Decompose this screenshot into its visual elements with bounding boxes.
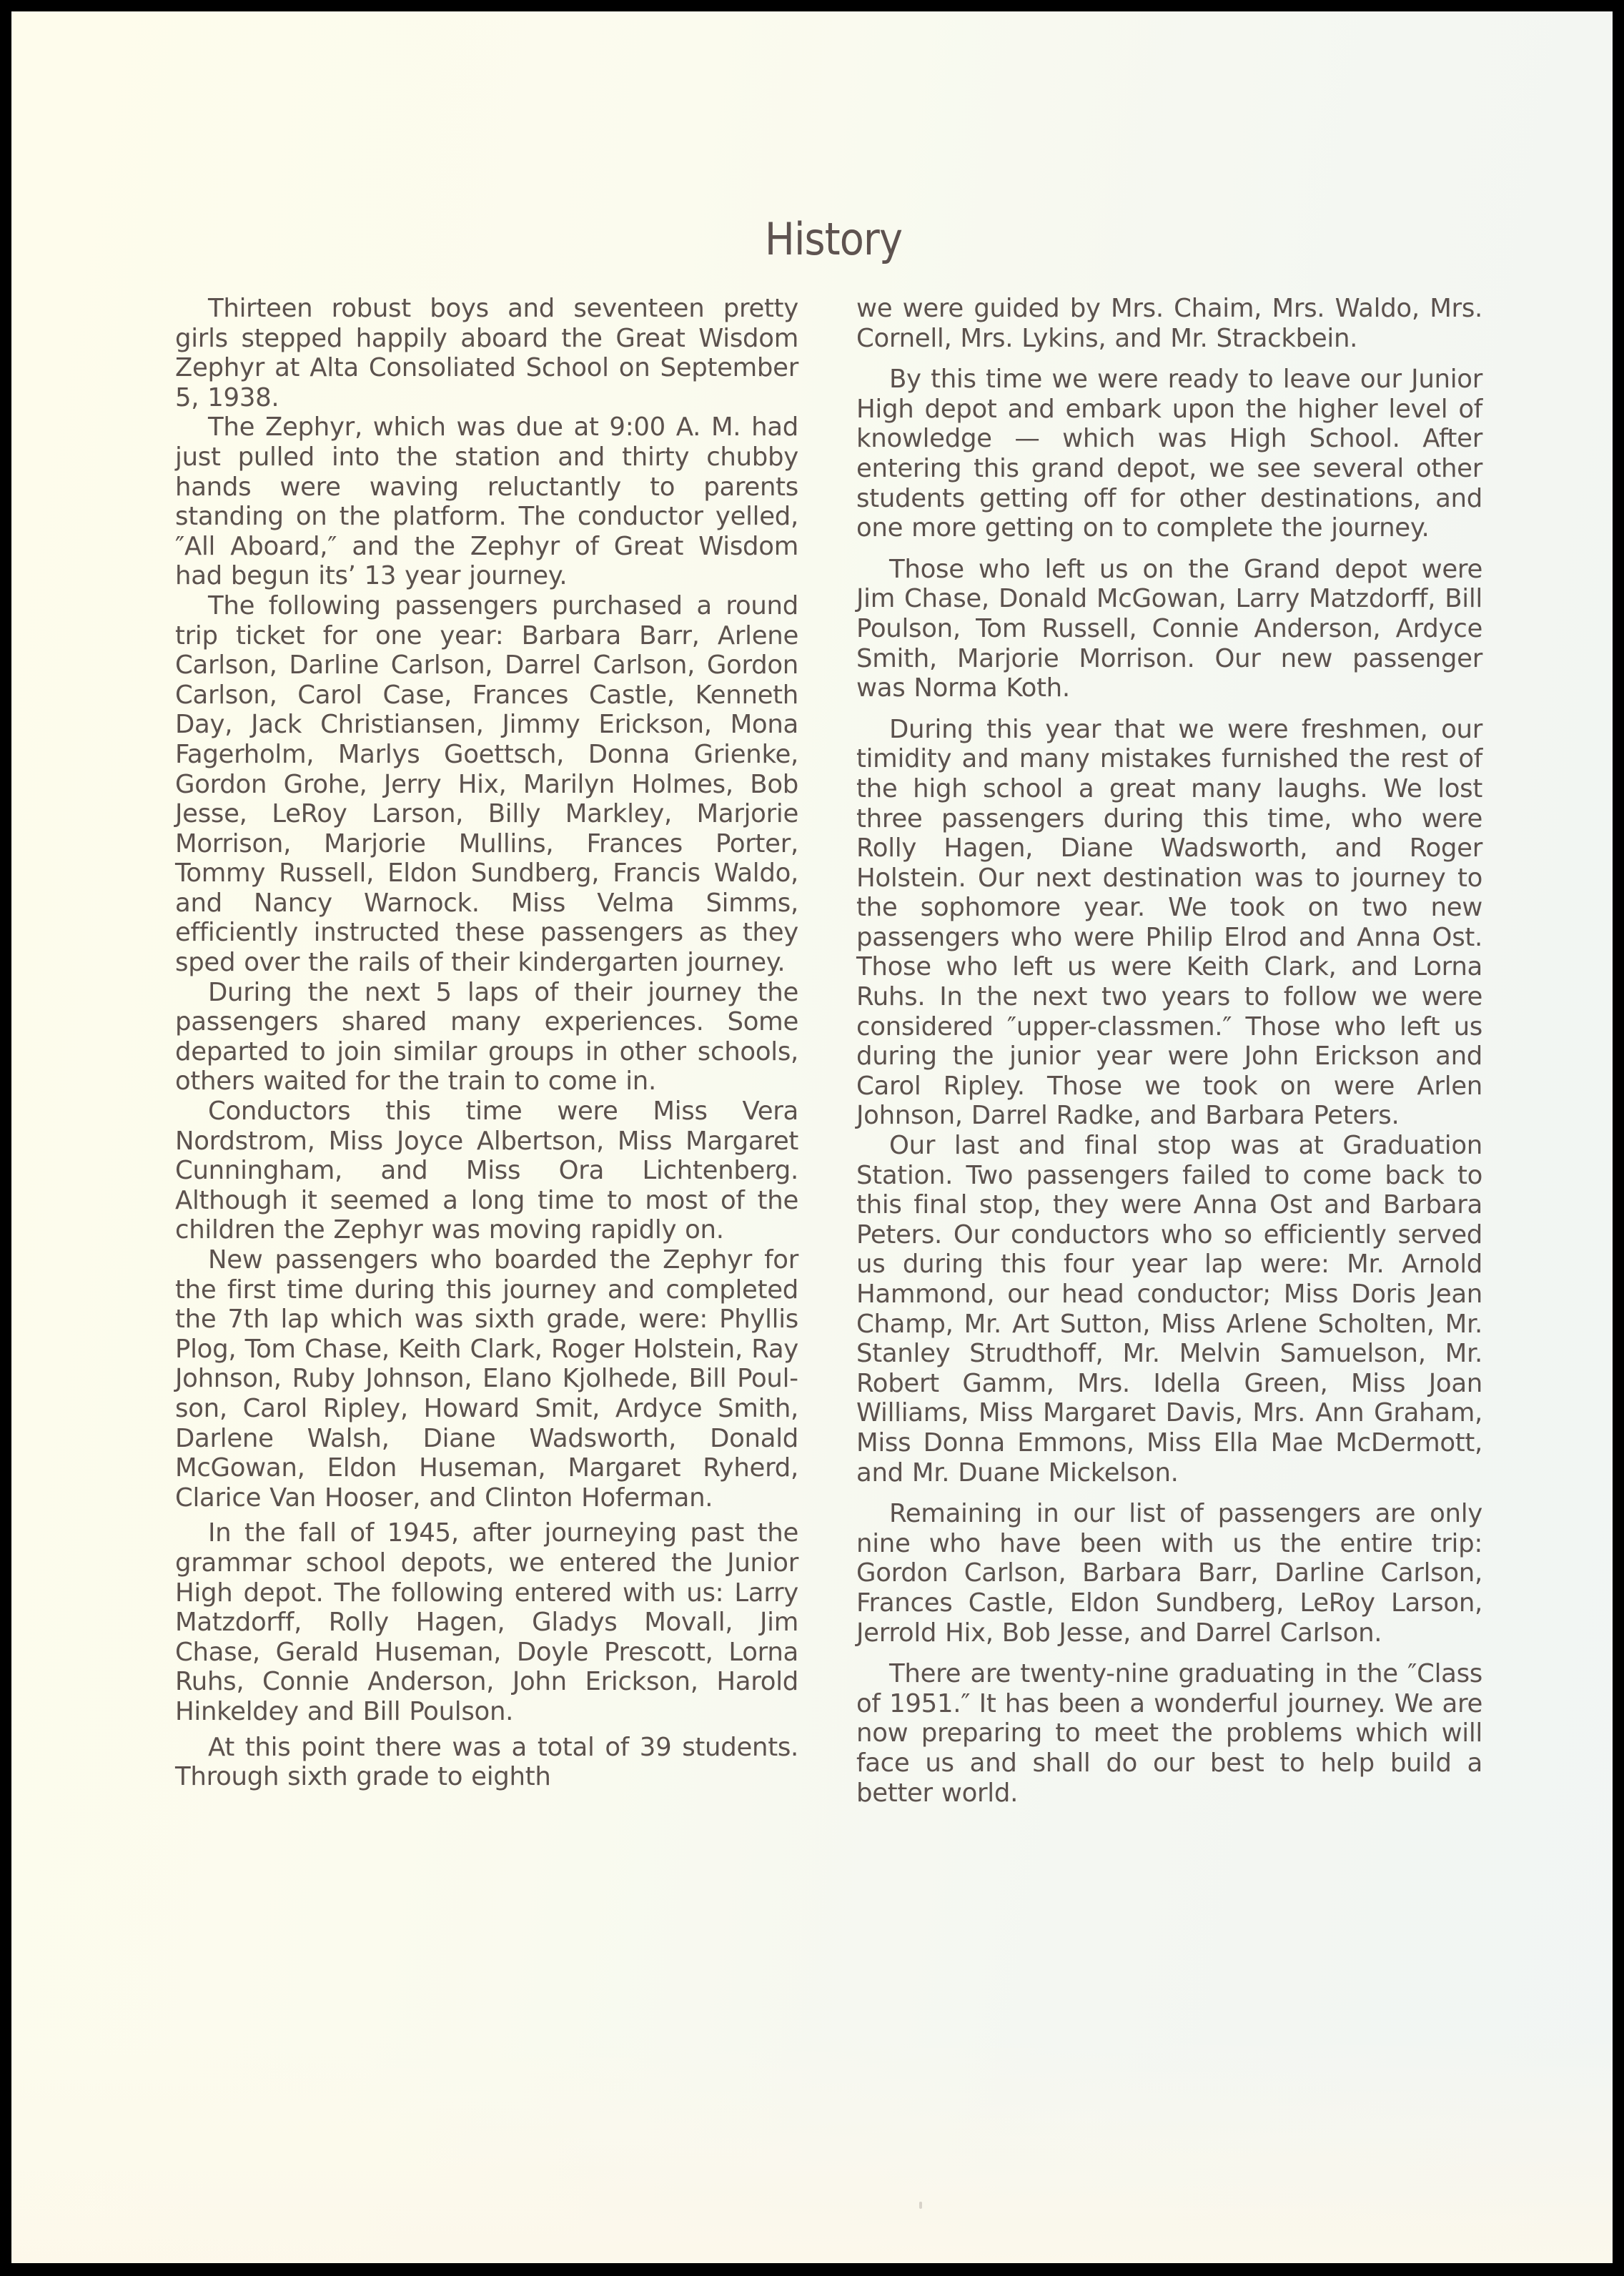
- paragraph-remaining-passengers: Remaining in our list of passengers are …: [856, 1499, 1482, 1648]
- paragraph-grand-depot-departures: Those who left us on the Grand depot wer…: [856, 555, 1482, 703]
- paragraph-zephyr-arrival: The Zephyr, which was due at 9:00 A. M. …: [175, 412, 798, 591]
- paragraph-departure: Thirteen robust boys and seventeen prett…: [175, 294, 798, 412]
- paragraph-new-passengers-sixth-grade: New passengers who boarded the Zephyr fo…: [175, 1245, 798, 1513]
- paragraph-class-of-1951: There are twenty-nine graduating in the …: [856, 1659, 1482, 1808]
- paragraph-freshman-through-junior: During this year that we were freshmen, …: [856, 715, 1482, 1131]
- page-title: History: [113, 213, 1554, 265]
- paragraph-junior-high-guides: we were guided by Mrs. Chaim, Mrs. Wal­d…: [856, 294, 1482, 353]
- paragraph-high-school-entry: By this time we were ready to leave our …: [856, 365, 1482, 543]
- paragraph-conductors-elementary: Conductors this time were Miss Vera Nord…: [175, 1097, 798, 1245]
- paragraph-total-students: At this point there was a total of 39 st…: [175, 1733, 798, 1792]
- yearbook-page: History Thirteen robust boys and sevente…: [11, 11, 1613, 2263]
- paragraph-next-five-laps: During the next 5 laps of their journey …: [175, 978, 798, 1097]
- print-speck: [919, 2202, 922, 2209]
- paragraph-junior-high-entry: In the fall of 1945, after journeying pa…: [175, 1518, 798, 1726]
- left-column: Thirteen robust boys and seventeen prett…: [175, 294, 798, 1792]
- paragraph-graduation-station: Our last and final stop was at Gradua­ti…: [856, 1131, 1482, 1488]
- right-column: we were guided by Mrs. Chaim, Mrs. Wal­d…: [856, 294, 1482, 1808]
- paragraph-kindergarten-passengers: The following passengers purchased a rou…: [175, 591, 798, 978]
